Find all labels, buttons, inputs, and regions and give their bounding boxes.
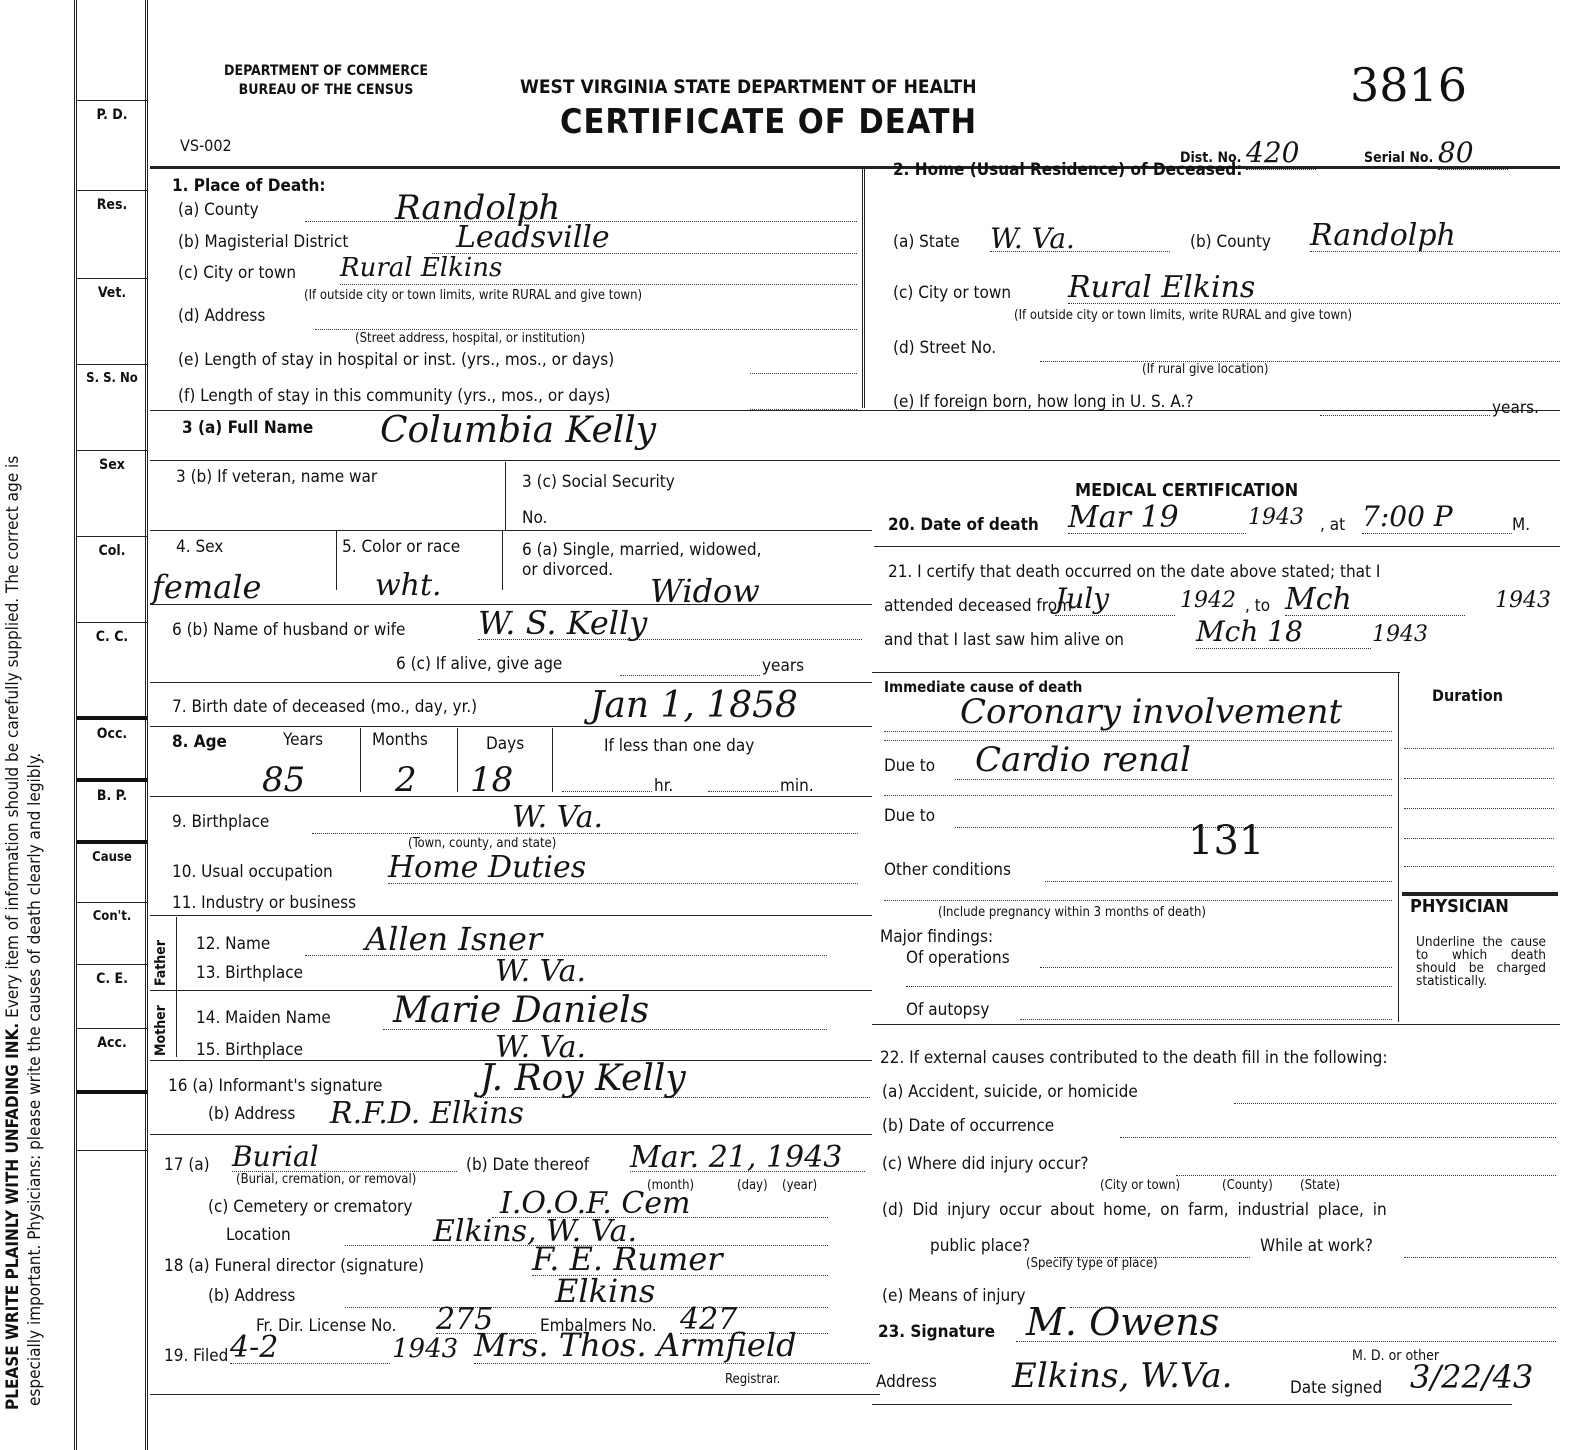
place-of-death-heading: 1. Place of Death:: [172, 176, 326, 196]
bottom-left-line: [150, 1394, 880, 1395]
dept-commerce: DEPARTMENT OF COMMERCE: [186, 62, 466, 81]
age-minutes-input[interactable]: [708, 776, 778, 792]
pod-city-input[interactable]: Rural Elkins: [340, 253, 857, 285]
age-months-days-divider: [457, 728, 458, 792]
death-time-input[interactable]: 7:00 P: [1362, 500, 1512, 534]
home-county-input[interactable]: Randolph: [1310, 218, 1560, 252]
duration-line-1[interactable]: [1404, 748, 1554, 749]
race-label: 5. Color or race: [342, 537, 460, 557]
bureau-census: BUREAU OF THE CENSUS: [186, 81, 466, 100]
spouse-age-unit: years: [762, 656, 804, 676]
serial-no-value[interactable]: 80: [1438, 136, 1508, 170]
pod-address-hint: (Street address, hospital, or institutio…: [355, 331, 585, 346]
industry-label: 11. Industry or business: [172, 893, 356, 913]
index-pd: P. D.: [77, 100, 147, 190]
pod-county-label: (a) County: [178, 200, 259, 220]
sex-input[interactable]: female: [152, 568, 261, 606]
external-d-hint: (Specify type of place): [1026, 1256, 1158, 1271]
age-years-months-divider: [360, 728, 361, 792]
date-signed-label: Date signed: [1290, 1378, 1382, 1398]
major-findings-label: Major findings:: [880, 927, 993, 947]
serial-no-label: Serial No.: [1364, 150, 1433, 166]
due-to-label: Due to: [884, 756, 935, 776]
external-a-input[interactable]: [1234, 1084, 1556, 1104]
death-date-field: 20. Date of death: [888, 515, 1039, 535]
cause-top-line: [872, 672, 1400, 673]
divider-after-industry: [150, 915, 872, 916]
physician-address-input[interactable]: Elkins, W.Va.: [1012, 1356, 1232, 1396]
operations-input[interactable]: [1040, 948, 1392, 968]
occupation-input[interactable]: Home Duties: [388, 850, 858, 884]
external-c-hint-state: (State): [1300, 1178, 1340, 1193]
medical-cert-heading: MEDICAL CERTIFICATION: [1075, 480, 1298, 501]
marital-label: 6 (a) Single, married, widowed,: [522, 540, 761, 560]
sex-race-divider: [336, 530, 337, 590]
mother-tag-text: Mother: [153, 1005, 169, 1056]
section-divider: [862, 168, 865, 408]
funeral-director-input[interactable]: F. E. Rumer: [532, 1240, 828, 1276]
physician-note: Underline the cause to which death shoul…: [1400, 936, 1546, 988]
federal-department: DEPARTMENT OF COMMERCE BUREAU OF THE CEN…: [186, 62, 466, 100]
while-at-work-input[interactable]: [1404, 1238, 1556, 1258]
coding-index-column: P. D. Res. Vet. S. S. No Sex Col. C. C. …: [74, 0, 148, 1450]
last-seen-label: and that I last saw him alive on: [884, 630, 1124, 650]
age-label: 8. Age: [172, 732, 227, 752]
divider-after-age: [150, 796, 872, 797]
race-input[interactable]: wht.: [375, 568, 442, 603]
date-signed-input[interactable]: 3/22/43: [1410, 1358, 1533, 1396]
full-name-input[interactable]: Columbia Kelly: [380, 410, 656, 451]
pod-county-input[interactable]: Randolph: [305, 188, 857, 222]
death-date-label: 20. Date of death: [888, 515, 1039, 535]
duration-line-2[interactable]: [1404, 778, 1554, 779]
certify-text: 21. I certify that death occurred on the…: [888, 562, 1380, 582]
margin-note-line1: Every item of information should be care…: [3, 456, 23, 1023]
autopsy-input[interactable]: [1020, 1000, 1392, 1020]
last-seen-input[interactable]: Mch 18: [1196, 615, 1371, 649]
index-vet: Vet.: [77, 278, 147, 364]
father-birthplace-input[interactable]: W. Va.: [495, 954, 586, 989]
external-c-label: (c) Where did injury occur?: [882, 1154, 1089, 1174]
attended-to-input[interactable]: Mch: [1285, 582, 1465, 616]
pod-stay-community-input[interactable]: [750, 390, 857, 410]
index-cont: Con't.: [77, 902, 147, 964]
index-acc: Acc.: [77, 1028, 147, 1090]
marital-label-2: or divorced.: [522, 560, 613, 580]
home-foreign-input[interactable]: [1320, 396, 1490, 416]
attended-to-label: , to: [1245, 596, 1270, 616]
home-street-label: (d) Street No.: [893, 338, 996, 358]
age-days-lessday-divider: [552, 728, 553, 792]
registrar-label: Registrar.: [725, 1372, 780, 1387]
age-hr-label: hr.: [654, 776, 673, 796]
mother-name-input[interactable]: Marie Daniels: [383, 990, 827, 1030]
location-label: Location: [226, 1225, 291, 1245]
birthplace-input[interactable]: W. Va.: [312, 800, 858, 834]
informant-signature-input[interactable]: J. Roy Kelly: [480, 1058, 870, 1098]
cause-blank-line-3: [884, 900, 1392, 901]
informant-signature-label: 16 (a) Informant's signature: [168, 1076, 382, 1096]
home-foreign-unit: years.: [1492, 398, 1539, 418]
burial-date-label: (b) Date thereof: [466, 1155, 589, 1175]
industry-input[interactable]: [420, 893, 860, 913]
spouse-label: 6 (b) Name of husband or wife: [172, 620, 405, 640]
index-res: Res.: [77, 190, 147, 278]
external-d-label: (d) Did injury occur about home, on farm…: [882, 1200, 1387, 1220]
index-sex: Sex: [77, 450, 147, 536]
divider-after-birthdate: [150, 726, 872, 727]
full-name-label: 3 (a) Full Name: [182, 418, 313, 438]
veteran-input[interactable]: [176, 490, 496, 520]
divider-after-autopsy: [872, 1024, 1560, 1025]
father-tag: Father: [150, 922, 176, 988]
ssn-input[interactable]: [560, 500, 860, 526]
registrar-signature-input[interactable]: Mrs. Thos. Armfield: [474, 1326, 870, 1364]
age-months-label: Months: [372, 730, 428, 750]
age-years-input[interactable]: 85: [262, 760, 305, 800]
home-street-hint: (If rural give location): [1142, 362, 1268, 377]
home-foreign-label: (e) If foreign born, how long in U. S. A…: [893, 392, 1194, 412]
index-cause: Cause: [77, 840, 147, 902]
index-occ: Occ.: [77, 716, 147, 778]
birth-date-input[interactable]: Jan 1, 1858: [590, 685, 798, 726]
external-c-hint-county: (County): [1222, 1178, 1273, 1193]
home-heading: 2. Home (Usual Residence) of Deceased:: [893, 160, 1242, 180]
father-birthplace-label: 13. Birthplace: [196, 963, 303, 983]
divider-after-ssn: [150, 530, 872, 531]
immediate-cause-input[interactable]: Coronary involvement: [884, 692, 1392, 732]
burial-date-input[interactable]: Mar. 21, 1943: [630, 1140, 865, 1172]
last-seen-year[interactable]: 1943: [1372, 622, 1428, 647]
external-e-label: (e) Means of injury: [882, 1286, 1026, 1306]
external-d-input[interactable]: [1054, 1238, 1250, 1258]
index-cc: C. C.: [77, 622, 147, 716]
margin-instructions: PLEASE WRITE PLAINLY WITH UNFADING INK. …: [2, 110, 46, 1410]
home-state-label: (a) State: [893, 232, 960, 252]
age-heading: 8. Age: [172, 732, 227, 752]
physician-heading: PHYSICIAN: [1410, 896, 1509, 917]
age-days-input[interactable]: 18: [470, 760, 513, 800]
external-c-input[interactable]: [1176, 1156, 1556, 1176]
external-a-label: (a) Accident, suicide, or homicide: [882, 1082, 1138, 1102]
death-time-label: , at: [1320, 515, 1345, 535]
external-heading: 22. If external causes contributed to th…: [880, 1048, 1388, 1068]
pod-district-input[interactable]: Leadsville: [432, 220, 857, 254]
age-days-label: Days: [486, 734, 524, 754]
due-to-2-label: Due to: [884, 806, 935, 826]
external-c-hint-city: (City or town): [1100, 1178, 1180, 1193]
pod-address-label: (d) Address: [178, 306, 265, 326]
dist-no-value[interactable]: 420: [1246, 136, 1316, 170]
age-min-label: min.: [780, 776, 814, 796]
birthplace-hint: (Town, county, and state): [408, 836, 556, 851]
occupation-label: 10. Usual occupation: [172, 862, 333, 882]
state-department: WEST VIRGINIA STATE DEPARTMENT OF HEALTH: [520, 76, 977, 98]
pod-stay-hospital-label: (e) Length of stay in hospital or inst. …: [178, 350, 614, 370]
external-d-label-2: public place?: [930, 1236, 1030, 1256]
duration-line-3[interactable]: [1404, 808, 1554, 809]
disposition-label: 17 (a): [164, 1155, 210, 1175]
age-months-input[interactable]: 2: [395, 760, 417, 800]
home-county-label: (b) County: [1190, 232, 1271, 252]
duration-heading: Duration: [1432, 686, 1503, 705]
pod-city-label: (c) City or town: [178, 263, 296, 283]
home-city-input[interactable]: Rural Elkins: [1068, 270, 1560, 304]
death-date-input[interactable]: Mar 19: [1068, 500, 1246, 534]
father-name-input[interactable]: Allen Isner: [305, 920, 827, 956]
home-state-input[interactable]: W. Va.: [990, 222, 1170, 252]
disposition-input[interactable]: Burial: [232, 1140, 457, 1172]
document-title: CERTIFICATE OF DEATH: [560, 102, 977, 142]
divider-after-date-of-death: [874, 546, 1560, 547]
operations-blank-line: [906, 986, 1392, 987]
index-ce: C. E.: [77, 964, 147, 1028]
other-conditions-input[interactable]: [1045, 862, 1392, 882]
divider-after-name: [150, 460, 1560, 461]
home-city-label: (c) City or town: [893, 283, 1011, 303]
birth-date-label: 7. Birth date of deceased (mo., day, yr.…: [172, 697, 477, 717]
form-code: VS-002: [180, 136, 232, 155]
attended-from-year[interactable]: 1942: [1180, 588, 1236, 613]
filed-year-input[interactable]: 1943: [392, 1334, 458, 1364]
pod-district-label: (b) Magisterial District: [178, 232, 348, 252]
veteran-ssn-divider: [505, 462, 506, 530]
cause-blank-line-2: [884, 795, 1392, 796]
father-name-label: 12. Name: [196, 934, 270, 954]
race-marital-divider: [502, 530, 503, 590]
divider-after-informant: [150, 1134, 872, 1135]
ssn-label: 3 (c) Social Security: [522, 472, 675, 492]
pod-stay-hospital-input[interactable]: [750, 354, 857, 374]
death-time-suffix: M.: [1512, 515, 1530, 535]
spouse-age-input[interactable]: [620, 656, 760, 676]
due-to-2-input[interactable]: [955, 808, 1392, 828]
physician-signature-label: 23. Signature: [878, 1322, 995, 1342]
pod-stay-community-label: (f) Length of stay in this community (yr…: [178, 386, 610, 406]
filed-date-input[interactable]: 4-2: [230, 1330, 390, 1364]
spouse-input[interactable]: W. S. Kelly: [478, 604, 862, 640]
due-to-input[interactable]: Cardio renal: [955, 740, 1392, 780]
autopsy-label: Of autopsy: [906, 1000, 989, 1020]
home-street-input[interactable]: [1040, 342, 1560, 362]
while-at-work-label: While at work?: [1260, 1236, 1373, 1256]
parents-bracket: [176, 917, 177, 1057]
top-frame-line: [150, 166, 1560, 169]
ssn-label-no: No.: [522, 508, 547, 528]
physician-address-label: Address: [876, 1372, 937, 1392]
operations-label: Of operations: [906, 948, 1010, 968]
home-city-hint: (If outside city or town limits, write R…: [1014, 308, 1352, 323]
bottom-right-line: [872, 1404, 1512, 1405]
age-years-label: Years: [283, 730, 323, 750]
index-bp: B. P.: [77, 778, 147, 840]
mother-birthplace-label: 15. Birthplace: [196, 1040, 303, 1060]
informant-address-input[interactable]: R.F.D. Elkins: [330, 1096, 524, 1131]
index-blank-1: [77, 1090, 147, 1150]
serial-number-field: Serial No. 80: [1364, 136, 1508, 170]
disposition-hint: (Burial, cremation, or removal): [236, 1172, 416, 1187]
margin-note-line2: especially important. Physicians: please…: [24, 110, 46, 1410]
informant-address-label: (b) Address: [208, 1104, 295, 1124]
sex-label: 4. Sex: [176, 537, 223, 557]
pod-address-input[interactable]: [315, 310, 857, 330]
duration-line-4[interactable]: [1404, 838, 1554, 839]
attended-label: attended deceased from: [884, 596, 1072, 616]
funeral-director-address-label: (b) Address: [208, 1286, 295, 1306]
pregnancy-hint: (Include pregnancy within 3 months of de…: [938, 905, 1206, 920]
age-less-day-label: If less than one day: [604, 736, 754, 756]
physician-signature-input[interactable]: M. Owens: [1016, 1300, 1556, 1342]
duration-divider: [1398, 672, 1399, 1022]
index-blank-2: [77, 1150, 147, 1210]
index-ssno: S. S. No: [77, 364, 147, 450]
stamp-number: 3816: [1350, 58, 1467, 112]
margin-note-bold: PLEASE WRITE PLAINLY WITH UNFADING INK.: [3, 1023, 23, 1410]
other-conditions-label: Other conditions: [884, 860, 1011, 880]
age-hours-input[interactable]: [562, 776, 652, 792]
pod-city-hint: (If outside city or town limits, write R…: [304, 288, 642, 303]
cause-code: 131: [1188, 818, 1264, 864]
attended-to-year[interactable]: 1943: [1495, 588, 1551, 613]
external-b-label: (b) Date of occurrence: [882, 1116, 1054, 1136]
spouse-age-label: 6 (c) If alive, give age: [396, 654, 562, 674]
index-col: Col.: [77, 536, 147, 622]
father-tag-text: Father: [153, 940, 169, 986]
veteran-label: 3 (b) If veteran, name war: [176, 467, 377, 487]
birthplace-label: 9. Birthplace: [172, 812, 269, 832]
duration-line-5[interactable]: [1404, 866, 1554, 867]
death-year-input[interactable]: 1943: [1248, 505, 1304, 530]
mother-tag: Mother: [150, 992, 176, 1058]
attended-from-input[interactable]: July: [1055, 582, 1175, 616]
mother-name-label: 14. Maiden Name: [196, 1008, 331, 1028]
divider-after-spouse: [150, 682, 872, 683]
external-b-input[interactable]: [1120, 1118, 1556, 1138]
filed-label: 19. Filed: [164, 1346, 228, 1366]
